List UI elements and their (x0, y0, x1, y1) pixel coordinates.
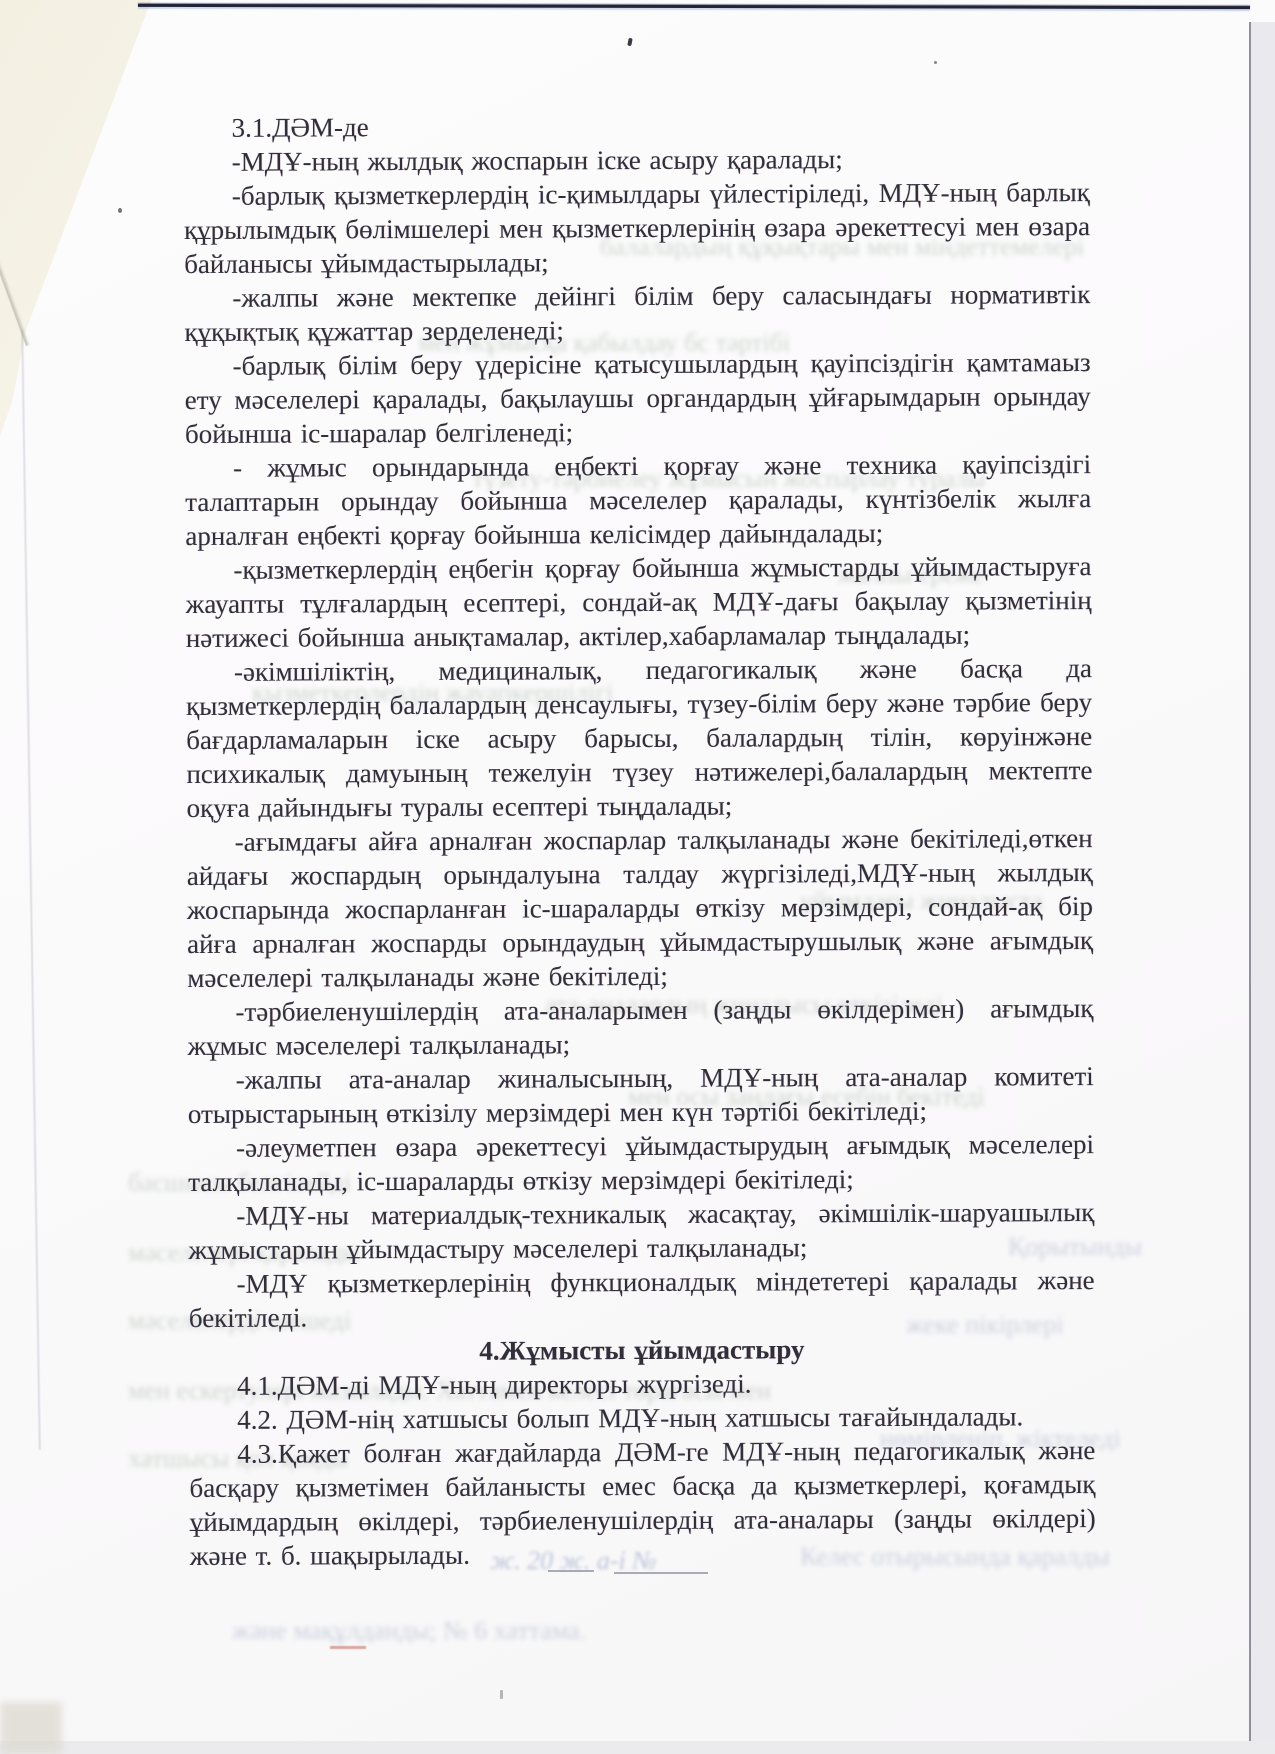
document-text: 3.1.ДӘМ-де -МДҰ-ның жылдық жоспарын іске… (184, 107, 1096, 1573)
ghost-line: және мақұлданды; № 6 хаттама. (232, 1616, 586, 1646)
ink-speck (500, 1690, 503, 1699)
paragraph: - жұмыс орындарында еңбекті қорғау және … (185, 447, 1091, 553)
ink-speck (118, 208, 122, 213)
paragraph: -жалпы және мектепке дейінгі білім беру … (184, 277, 1090, 349)
paragraph: -МДҰ-ның жылдық жоспарын іске асыру қара… (184, 141, 1090, 179)
paragraph: -тәрбиеленушілердің ата-аналарымен (заңд… (187, 991, 1093, 1063)
paragraph: -барлық білім беру үдерісіне қатысушылар… (185, 345, 1091, 451)
paragraph: -барлық қызметкерлердің іс-қимылдары үйл… (184, 175, 1090, 281)
scan-bottom-edge (0, 1741, 1275, 1754)
paragraph: 4.1.ДӘМ-ді МДҰ-ның директоры жүргізеді. (189, 1365, 1095, 1403)
section-heading: 4.Жұмысты ұйымдастыру (189, 1331, 1095, 1369)
scan-smudge (0, 1702, 62, 1754)
paragraph: -әлеуметпен өзара әрекеттесуі ұйымдастыр… (188, 1127, 1094, 1199)
paragraph: -МДҰ қызметкерлерінің функционалдық мінд… (189, 1263, 1095, 1335)
paragraph: 4.3.Қажет болған жағдайларда ДӘМ-ге МДҰ-… (189, 1433, 1096, 1573)
ghost-underline (614, 1572, 708, 1574)
paragraph: 4.2. ДӘМ-нің хатшысы болып МДҰ-ның хатшы… (189, 1399, 1095, 1437)
paragraph: -қызметкерлердің еңбегін қорғау бойынша … (185, 549, 1091, 655)
ink-speck (934, 61, 937, 64)
paragraph: -ағымдағы айға арналған жоспарлар талқыл… (187, 821, 1094, 995)
paragraph: 3.1.ДӘМ-де (184, 107, 1090, 145)
page-scan: балалардың құқықтары мен міндеттемелері … (0, 0, 1275, 1754)
paragraph: -әкімшіліктің, медициналық, педагогикалы… (186, 651, 1093, 825)
paragraph: -жалпы ата-аналар жиналысының, МДҰ-ның а… (188, 1059, 1094, 1131)
paragraph: -МДҰ-ны материалдық-техникалық жасақтау,… (188, 1195, 1094, 1267)
scan-right-edge (1249, 22, 1275, 1754)
ghost-underline-red (330, 1646, 366, 1649)
